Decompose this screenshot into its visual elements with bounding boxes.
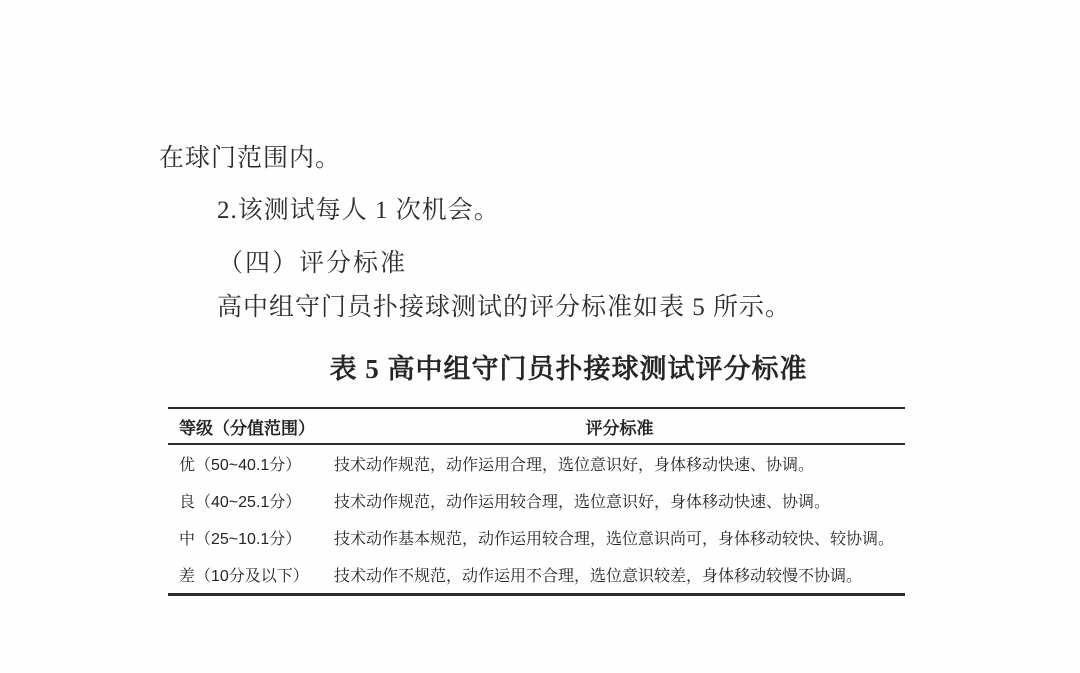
document-page: 在球门范围内。 2.该测试每人 1 次机会。 （四）评分标准 高中组守门员扑接球… bbox=[0, 0, 1080, 673]
table-row: 良（40~25.1分） 技术动作规范，动作运用较合理，选位意识好，身体移动快速、… bbox=[168, 482, 905, 519]
paragraph-table-reference: 高中组守门员扑接球测试的评分标准如表 5 所示。 bbox=[217, 294, 791, 322]
table-row: 优（50~40.1分） 技术动作规范，动作运用合理，选位意识好，身体移动快速、协… bbox=[168, 445, 905, 482]
heading-scoring-standard: （四）评分标准 bbox=[218, 250, 407, 278]
paragraph-test-attempts: 2.该测试每人 1 次机会。 bbox=[217, 197, 500, 225]
grade-cell: 优（50~40.1分） bbox=[168, 452, 334, 475]
criteria-cell: 技术动作规范，动作运用较合理，选位意识好，身体移动快速、协调。 bbox=[334, 489, 905, 512]
grade-cell: 良（40~25.1分） bbox=[168, 489, 334, 512]
table-row: 差（10分及以下） 技术动作不规范，动作运用不合理，选位意识较差，身体移动较慢不… bbox=[168, 556, 905, 593]
criteria-cell: 技术动作规范，动作运用合理，选位意识好，身体移动快速、协调。 bbox=[334, 452, 905, 475]
column-header-criteria: 评分标准 bbox=[334, 414, 905, 439]
column-header-grade: 等级（分值范围） bbox=[168, 414, 334, 439]
table-row: 中（25~10.1分） 技术动作基本规范，动作运用较合理，选位意识尚可，身体移动… bbox=[168, 519, 905, 556]
scoring-standards-table: 等级（分值范围） 评分标准 优（50~40.1分） 技术动作规范，动作运用合理，… bbox=[168, 407, 905, 596]
table-caption: 表 5 高中组守门员扑接球测试评分标准 bbox=[200, 347, 937, 386]
table-header-row: 等级（分值范围） 评分标准 bbox=[168, 409, 905, 445]
criteria-cell: 技术动作基本规范，动作运用较合理，选位意识尚可，身体移动较快、较协调。 bbox=[334, 526, 905, 549]
criteria-cell: 技术动作不规范，动作运用不合理，选位意识较差，身体移动较慢不协调。 bbox=[334, 563, 905, 586]
grade-cell: 差（10分及以下） bbox=[168, 563, 334, 586]
paragraph-goal-range: 在球门范围内。 bbox=[159, 145, 341, 173]
grade-cell: 中（25~10.1分） bbox=[168, 526, 334, 549]
